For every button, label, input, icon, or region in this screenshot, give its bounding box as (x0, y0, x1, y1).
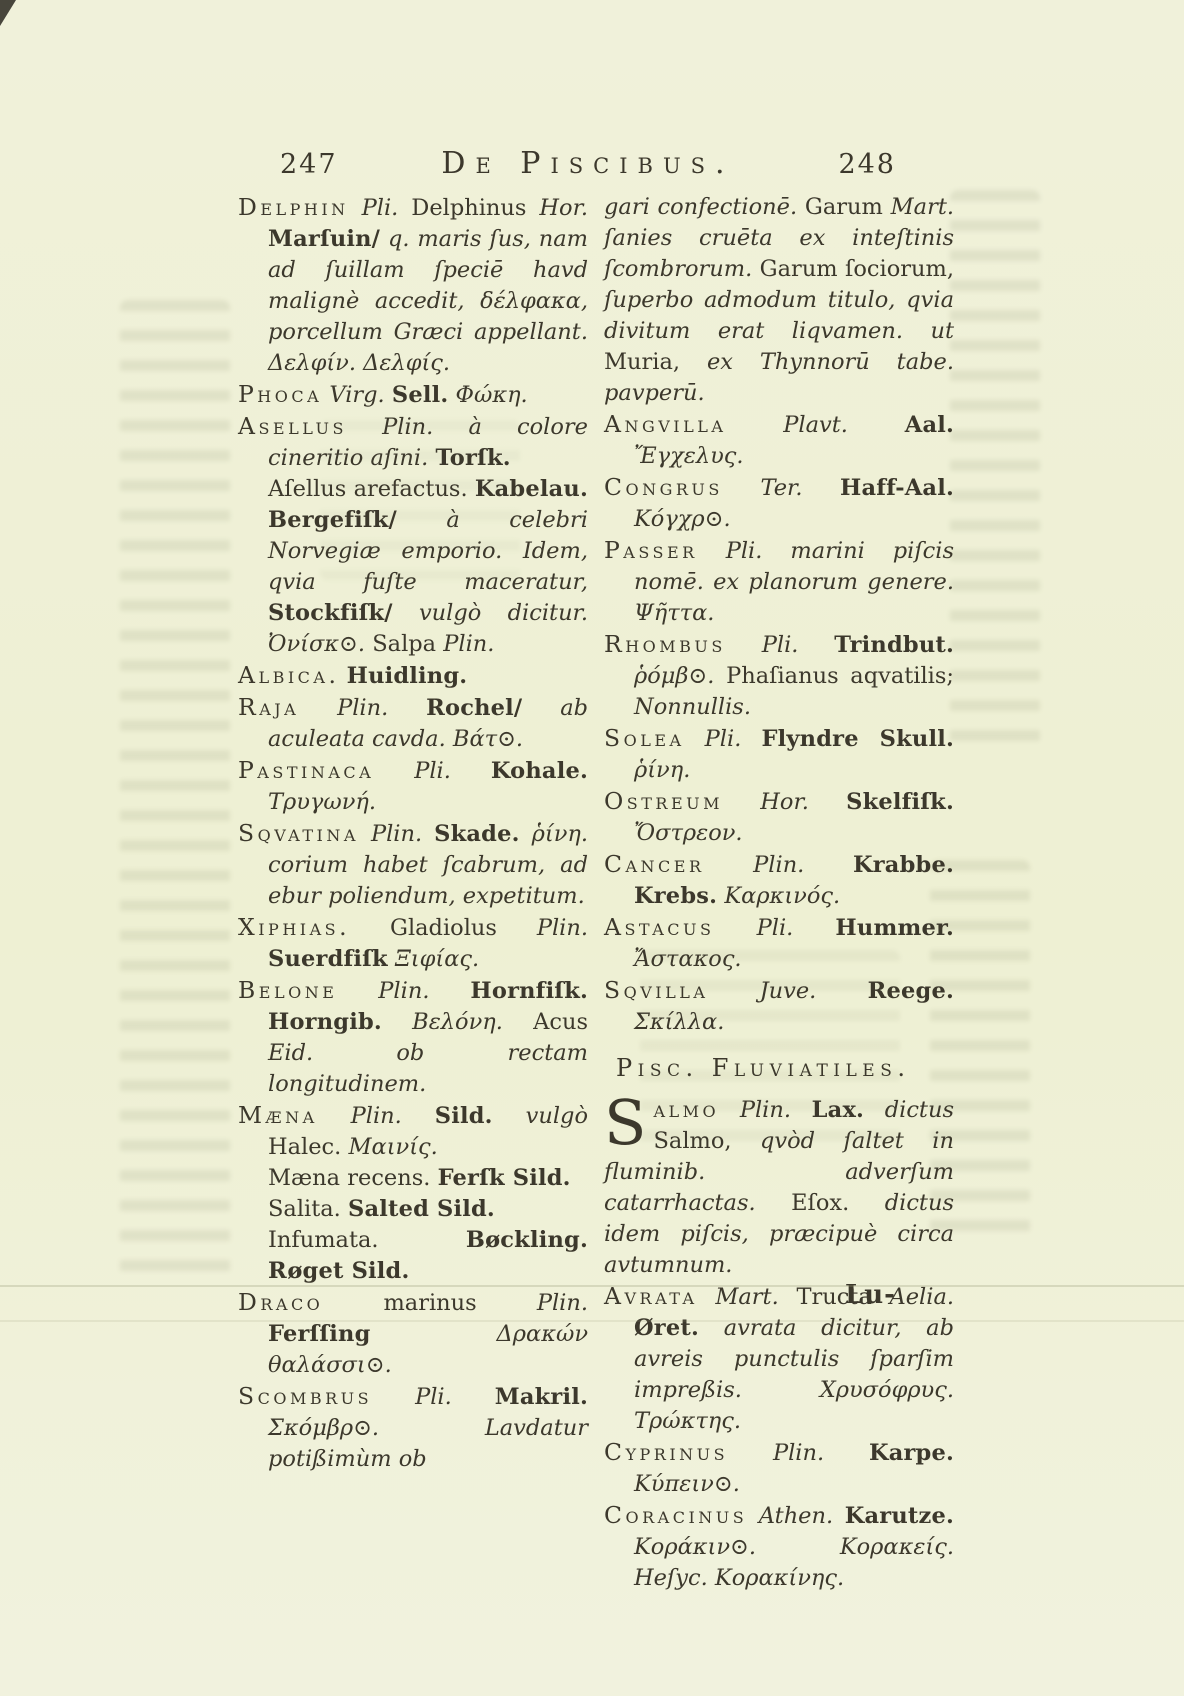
text-segment-bl: Skade. (434, 821, 520, 847)
page-header: 247 De Piscibus. 248 (238, 146, 952, 181)
text-segment-bl: Aal. (905, 412, 954, 438)
text-segment-it: Eid. ob rectam longitudinem. (268, 1040, 588, 1097)
sub-entry: Infumata. Bøckling. Røget Sild. (238, 1225, 588, 1287)
text-segment-bl: Rochel/ (426, 695, 522, 721)
text-segment-gr: Δελφίν. Δελφίς. (268, 350, 450, 376)
text-segment-head: Belone (238, 976, 337, 1004)
bleed-through-smudge (120, 300, 230, 1280)
dictionary-entry: Astacus Pli. Hummer. Ἄστακος. (604, 912, 954, 975)
text-segment-gr: Κορακίνης. (715, 1565, 844, 1591)
text-segment-rom: Halec. (268, 1134, 341, 1160)
text-segment-gr: Κοράκιν⊙. Κορακείς. (634, 1534, 954, 1560)
text-segment-it: Hor. (539, 195, 588, 221)
dictionary-entry: Ostreum Hor. Skelfiſk. Ὄστρεον. (604, 786, 954, 849)
dictionary-entry: Angvilla Plavt. Aal. Ἔγχελυς. (604, 409, 954, 472)
scan-edge-artifact (0, 0, 16, 26)
book-page-scan: 247 De Piscibus. 248 Delphin Pli. Delphi… (0, 0, 1184, 1696)
text-segment-head: Sqvatina (238, 819, 359, 847)
text-segment-head: Delphin (238, 193, 349, 221)
text-segment-gr: Καρκινός. (724, 883, 840, 909)
text-segment-rom: Muria, (604, 349, 680, 375)
text-segment-bl: Stockfiſk/ (268, 600, 393, 626)
text-segment-head: Rhombus (604, 630, 726, 658)
text-segment-rom: Phaſianus aqvatilis; (726, 663, 954, 689)
text-segment-head: Scombrus (238, 1382, 372, 1410)
dictionary-entry: Scombrus Pli. Makril. Σκόμβρ⊙. Lavdatur … (238, 1381, 588, 1475)
text-segment-it: Plin. (371, 821, 422, 847)
scan-line (0, 1320, 1184, 1322)
text-segment-gr: Φώκη. (456, 382, 528, 408)
text-segment-head: Draco (238, 1288, 323, 1316)
text-segment-head: Asellus (238, 412, 347, 440)
text-segment-rom: Garum (805, 194, 883, 220)
text-segment-bl: Huidling. (347, 663, 468, 689)
text-segment-rom: Gladiolus (390, 915, 497, 941)
text-segment-it: Ter. (760, 475, 802, 501)
text-segment-bl: Lax. (812, 1097, 864, 1123)
dictionary-entry: Asellus Plin. à colore cineritio aſini. … (238, 411, 588, 474)
text-segment-bl: Karpe. (869, 1440, 954, 1466)
text-segment-gr: Τρυγωνή. (268, 789, 376, 815)
text-segment-gr: Βελόνη. (412, 1009, 503, 1035)
text-segment-head: Pisc. Fluviatiles. (616, 1054, 910, 1082)
text-segment-it: Plin. (537, 915, 588, 941)
text-segment-head: Congrus (604, 473, 723, 501)
dictionary-entry: Passer Pli. marini piſcis nomē. ex plano… (604, 535, 954, 629)
text-segment-gr: Κύπειν⊙. (634, 1471, 740, 1497)
text-segment-it: Hor. (760, 789, 809, 815)
text-segment-head: Xiphias. (238, 913, 350, 941)
dictionary-entry: Mæna Plin. Sild. vulgò Halec. Μαινίς. (238, 1100, 588, 1163)
text-segment-gr: Σκίλλα. (634, 1009, 724, 1035)
text-segment-it: Pli. (415, 1384, 452, 1410)
text-segment-it: Pli. (705, 726, 742, 752)
text-segment-bl: Karutze. (845, 1503, 954, 1529)
dictionary-entry: Belone Plin. Hornfiſk. Horngib. Βελόνη. … (238, 975, 588, 1100)
bleed-through-smudge (950, 190, 1040, 750)
dictionary-entry: Cyprinus Plin. Karpe. Κύπειν⊙. (604, 1437, 954, 1500)
text-segment-gr: ῥίνη. (634, 757, 690, 783)
text-segment-it: Plin. (351, 1103, 402, 1129)
text-segment-it: Plin. (740, 1097, 791, 1123)
text-segment-head: Solea (604, 724, 685, 752)
text-segment-gr: Μαινίς. (348, 1134, 437, 1160)
text-segment-bl: Sell. (392, 382, 449, 408)
text-segment-bl: Torſk. (435, 445, 510, 471)
text-segment-it: Aelia. (889, 1284, 954, 1310)
text-segment-it: Nonnullis. (634, 694, 751, 720)
text-segment-it: ſuperbo admodum titulo, qvia divitum era… (604, 287, 954, 344)
text-segment-rom: Infumata. (268, 1227, 379, 1253)
text-segment-gr: Ὀνίσκ⊙. (268, 631, 365, 657)
text-segment-head: Coracinus (604, 1501, 747, 1529)
text-segment-it: Pli. (757, 915, 794, 941)
dictionary-entry: Cancer Plin. Krabbe. Krebs. Καρκινός. (604, 849, 954, 912)
text-segment-it: Plin. (378, 978, 429, 1004)
text-segment-bl: Ferſſing (268, 1321, 371, 1347)
left-column: Delphin Pli. Delphinus Hor. Marſuin/ q. … (238, 192, 588, 1594)
text-segment-it: Mart. (715, 1284, 778, 1310)
sub-entry: Aſellus arefactus. Kabelau. Bergefiſk/ à… (238, 474, 588, 660)
text-segment-rom: Salpa (372, 631, 436, 657)
text-segment-gr: Ὄστρεον. (634, 820, 743, 846)
dictionary-entry: Solea Pli. Flyndre Skull. ῥίνη. (604, 723, 954, 786)
dictionary-entry: Rhombus Pli. Trindbut. ῥόμβ⊙. Phaſianus … (604, 629, 954, 723)
text-segment-it: Plin. (773, 1440, 824, 1466)
text-segment-it: Plin. (753, 852, 804, 878)
text-segment-rom: Mæna recens. (268, 1165, 430, 1191)
dictionary-entry: Congrus Ter. Haff-Aal. Κόγχρ⊙. (604, 472, 954, 535)
text-segment-it: dictus (885, 1097, 954, 1123)
text-segment-head: almo (653, 1095, 719, 1123)
dictionary-entry: Avrata Mart. Tructa Aelia. Øret. avrata … (604, 1281, 954, 1437)
text-segment-bl: Haff-Aal. (840, 475, 954, 501)
text-segment-head: Cyprinus (604, 1438, 728, 1466)
dictionary-entry: Phoca Virg. Sell. Φώκη. (238, 379, 588, 411)
text-segment-head: Sqvilla (604, 976, 708, 1004)
text-segment-rom: Eſox. (791, 1190, 849, 1216)
dictionary-entry: Sqvilla Juve. Reege. Σκίλλα. (604, 975, 954, 1038)
text-segment-it: Plin. (537, 1290, 588, 1316)
text-segment-it: corium habet ſcabrum, ad ebur poliendum,… (268, 852, 588, 909)
text-segment-it: Pli. (414, 758, 451, 784)
text-segment-head: Ostreum (604, 787, 723, 815)
dictionary-entry: Pastinaca Pli. Kohale. Τρυγωνή. (238, 755, 588, 818)
dictionary-entry: Delphin Pli. Delphinus Hor. Marſuin/ q. … (238, 192, 588, 379)
dictionary-entry: Raja Plin. Rochel/ ab aculeata cavda. Βά… (238, 692, 588, 755)
running-title: De Piscibus. (338, 146, 839, 181)
text-segment-bl: Reege. (868, 978, 954, 1004)
drop-cap: S (604, 1094, 653, 1148)
text-segment-gr: Βάτ⊙. (453, 726, 523, 752)
dictionary-entry: Albica. Huidling. (238, 660, 588, 692)
text-segment-it: porcellum Græci appellant. (268, 319, 588, 345)
text-segment-bl: Trindbut. (834, 632, 954, 658)
text-segment-gr: Κόγχρ⊙. (634, 506, 731, 532)
text-segment-gr: ῥόμβ⊙. (634, 663, 714, 689)
text-segment-head: Cancer (604, 850, 705, 878)
continuation-paragraph: gari confectionē. Garum Mart. ſanies cru… (604, 192, 954, 409)
text-segment-rom: Aſellus arefactus. (268, 476, 468, 502)
text-segment-it: Plin. (337, 695, 388, 721)
text-segment-bl: Hummer. (835, 915, 954, 941)
text-segment-gr: Ἔγχελυς. (634, 443, 744, 469)
text-segment-gr: Ψῆττα. (634, 600, 714, 626)
text-segment-it: Pli. (362, 195, 399, 221)
text-segment-head: Angvilla (604, 410, 726, 438)
dictionary-entry: Salmo Plin. Lax. dictus Salmo, qvòd ſalt… (604, 1094, 954, 1281)
text-segment-bl: Salted Sild. (348, 1196, 495, 1222)
text-segment-rom: Garum ſociorum, (760, 256, 954, 282)
text-segment-head: Raja (238, 693, 299, 721)
text-segment-it: Virg. (329, 382, 384, 408)
text-segment-head: Pastinaca (238, 756, 374, 784)
text-segment-it: Plavt. (783, 412, 848, 438)
text-segment-gr: δέλφακα, (480, 288, 588, 314)
dictionary-entry: Sqvatina Plin. Skade. ῥίνη. corium habet… (238, 818, 588, 912)
sub-entry: Mæna recens. Ferſk Sild. (238, 1163, 588, 1194)
text-segment-it: Plin. (443, 631, 494, 657)
text-segment-it: gari confectionē. (604, 194, 797, 220)
text-segment-bl: Ferſk Sild. (438, 1165, 571, 1191)
text-segment-bl: Øret. (634, 1315, 699, 1341)
text-segment-it: vulgò (526, 1103, 588, 1129)
text-segment-bl: Marſuin/ (268, 226, 380, 252)
text-segment-gr: Σκόμβρ⊙. (268, 1415, 379, 1441)
section-heading: Pisc. Fluviatiles. (604, 1053, 954, 1085)
left-page-number: 247 (238, 149, 338, 180)
text-segment-rom: Salmo, (653, 1128, 731, 1154)
text-segment-gr: ῥίνη. (532, 821, 588, 847)
text-segment-gr: Ἄστακος. (634, 946, 742, 972)
text-segment-bl: Sild. (435, 1103, 493, 1129)
text-segment-it: Pli. (762, 632, 799, 658)
text-segment-head: Phoca (238, 380, 322, 408)
text-segment-bl: Makril. (495, 1384, 588, 1410)
text-segment-it: Heſyc. (634, 1565, 708, 1591)
text-segment-head: Passer (604, 536, 698, 564)
text-segment-rom: Salita. (268, 1196, 341, 1222)
text-segment-rom: Delphinus (411, 195, 526, 221)
text-segment-bl: Flyndre Skull. (761, 726, 954, 752)
scan-line (0, 1285, 1184, 1287)
text-segment-rom: Acus (533, 1009, 588, 1035)
text-segment-it: Athen. (759, 1503, 833, 1529)
text-segment-it: Juve. (760, 978, 817, 1004)
text-block: Delphin Pli. Delphinus Hor. Marſuin/ q. … (238, 192, 954, 1594)
dictionary-entry: Draco marinus Plin. Ferſſing Δρακών θαλά… (238, 1287, 588, 1381)
text-segment-bl: Kohale. (491, 758, 588, 784)
sub-entry: Salita. Salted Sild. (238, 1194, 588, 1225)
text-segment-head: Mæna (238, 1101, 318, 1129)
right-page-number: 248 (838, 149, 952, 180)
text-segment-rom: marinus (383, 1290, 476, 1316)
text-segment-head: Astacus (604, 913, 714, 941)
dictionary-entry: Xiphias. Gladiolus Plin. Suerdfiſk Ξιφία… (238, 912, 588, 975)
text-segment-head: Albica. (238, 661, 339, 689)
dictionary-entry: Coracinus Athen. Karutze. Κοράκιν⊙. Κορα… (604, 1500, 954, 1594)
text-segment-it: vulgò dicitur. (419, 600, 588, 626)
text-segment-gr: Ξιφίας. (395, 946, 479, 972)
text-segment-bl: Suerdfiſk (268, 946, 388, 972)
right-column: gari confectionē. Garum Mart. ſanies cru… (604, 192, 954, 1594)
text-segment-bl: Skelfiſk. (846, 789, 954, 815)
